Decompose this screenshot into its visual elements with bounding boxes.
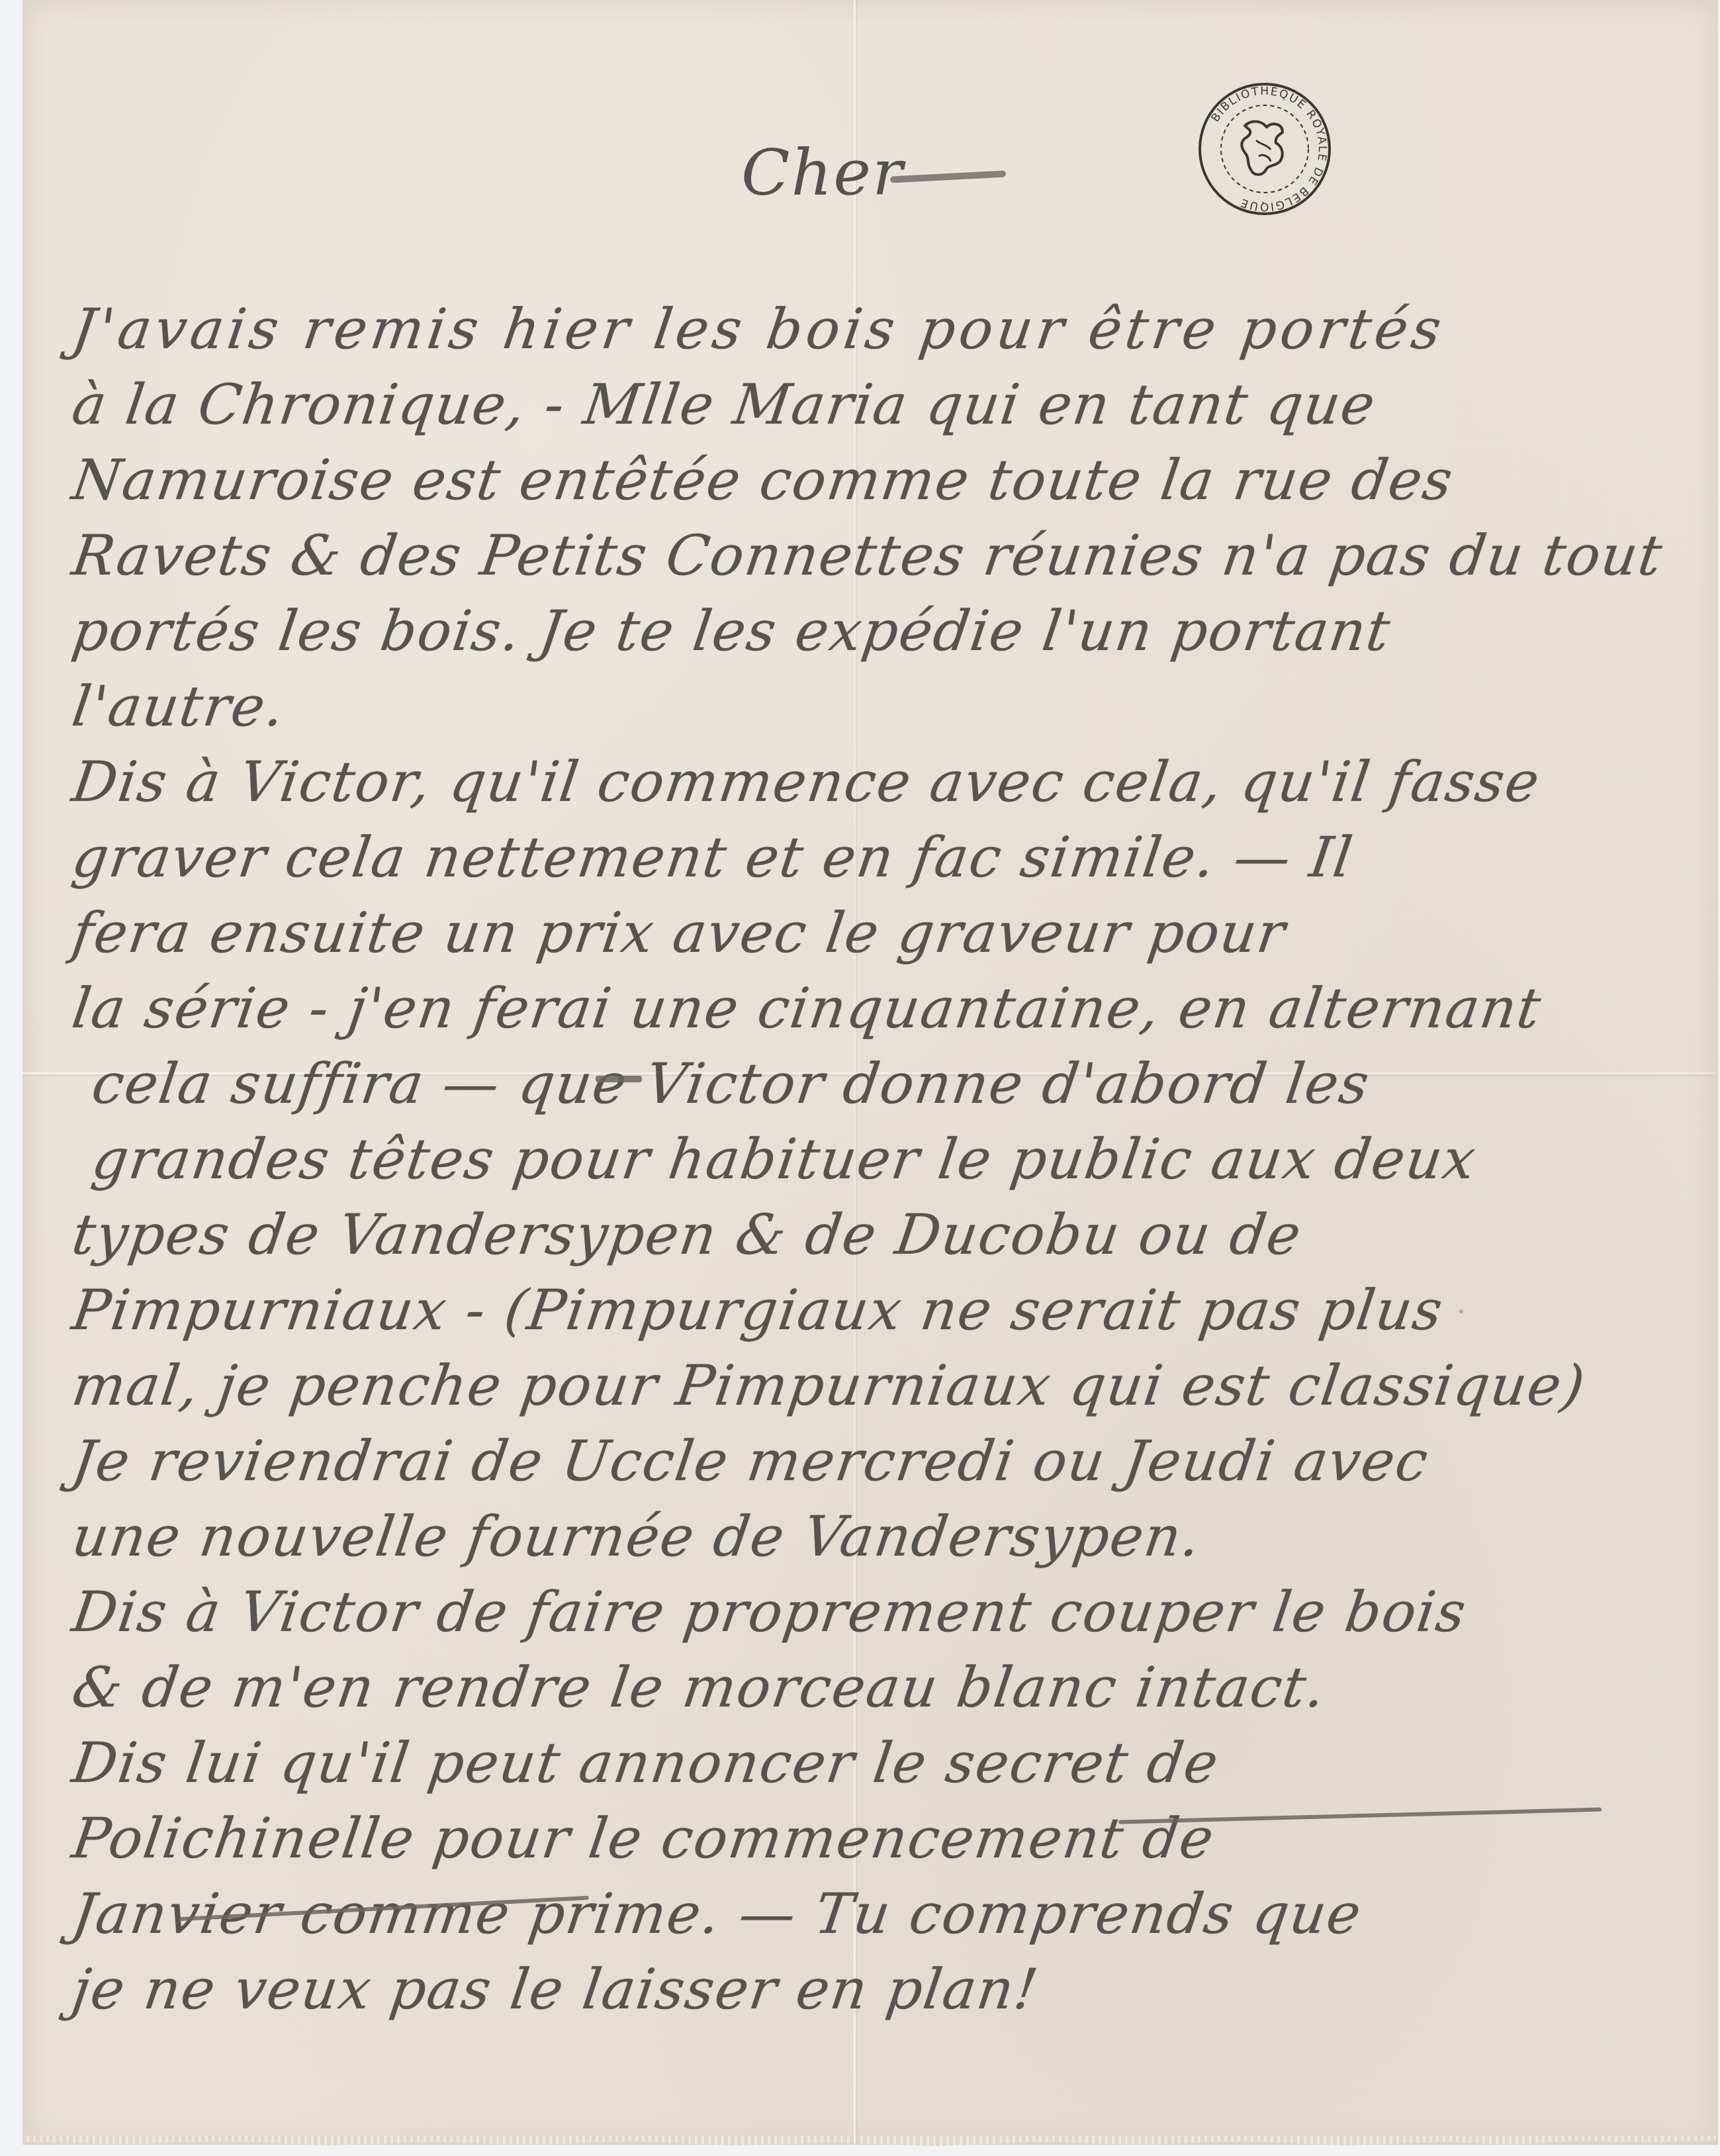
letter-line: Je reviendrai de Uccle mercredi ou Jeudi… (68, 1423, 1693, 1499)
paper-stain (1294, 1307, 1298, 1311)
letter-line: Pimpurniaux - (Pimpurgiaux ne serait pas… (68, 1272, 1693, 1348)
letter-line: Ravets & des Petits Connettes réunies n'… (68, 518, 1693, 593)
letter-line: je ne veux pas le laisser en plan! (68, 1951, 1693, 2027)
letter-line: Dis à Victor, qu'il commence avec cela, … (68, 744, 1693, 820)
paper-stain (1459, 1309, 1463, 1313)
lion-rampant-icon: BIBLIOTHÈQUE ROYALE DE BELGIQUE (1195, 79, 1334, 218)
letter-body: J'avais remis hier les bois pour être po… (73, 291, 1688, 2027)
letter-line: Namuroise est entêtée comme toute la rue… (68, 442, 1693, 518)
dash-cela-suffira (596, 1076, 642, 1082)
library-stamp: BIBLIOTHÈQUE ROYALE DE BELGIQUE (1195, 79, 1334, 218)
letter-line: & de m'en rendre le morceau blanc intact… (68, 1650, 1693, 1725)
letter-line: Dis à Victor de faire proprement couper … (68, 1574, 1693, 1650)
letter-line: types de Vandersypen & de Ducobu ou de (68, 1197, 1693, 1272)
letter-line: Dis lui qu'il peut annoncer le secret de (68, 1725, 1693, 1801)
letter-line: une nouvelle fournée de Vandersypen. (68, 1499, 1693, 1574)
letter-line: grandes têtes pour habituer le public au… (68, 1121, 1693, 1197)
letter-line: à la Chronique, - Mlle Maria qui en tant… (68, 367, 1693, 442)
letter-line: l'autre. (68, 669, 1693, 744)
letter-line: la série - j'en ferai une cinquantaine, … (68, 970, 1693, 1046)
salutation: Cher (741, 136, 904, 210)
letter-line: mal, je penche pour Pimpurniaux qui est … (68, 1348, 1693, 1423)
letter-line: cela suffira — que Victor donne d'abord … (68, 1046, 1693, 1121)
letter-line: graver cela nettement et en fac simile. … (68, 820, 1693, 895)
letter-line: J'avais remis hier les bois pour être po… (68, 291, 1693, 367)
letter-line: portés les bois. Je te les expédie l'un … (68, 593, 1693, 669)
letter-line: fera ensuite un prix avec le graveur pou… (68, 895, 1693, 970)
